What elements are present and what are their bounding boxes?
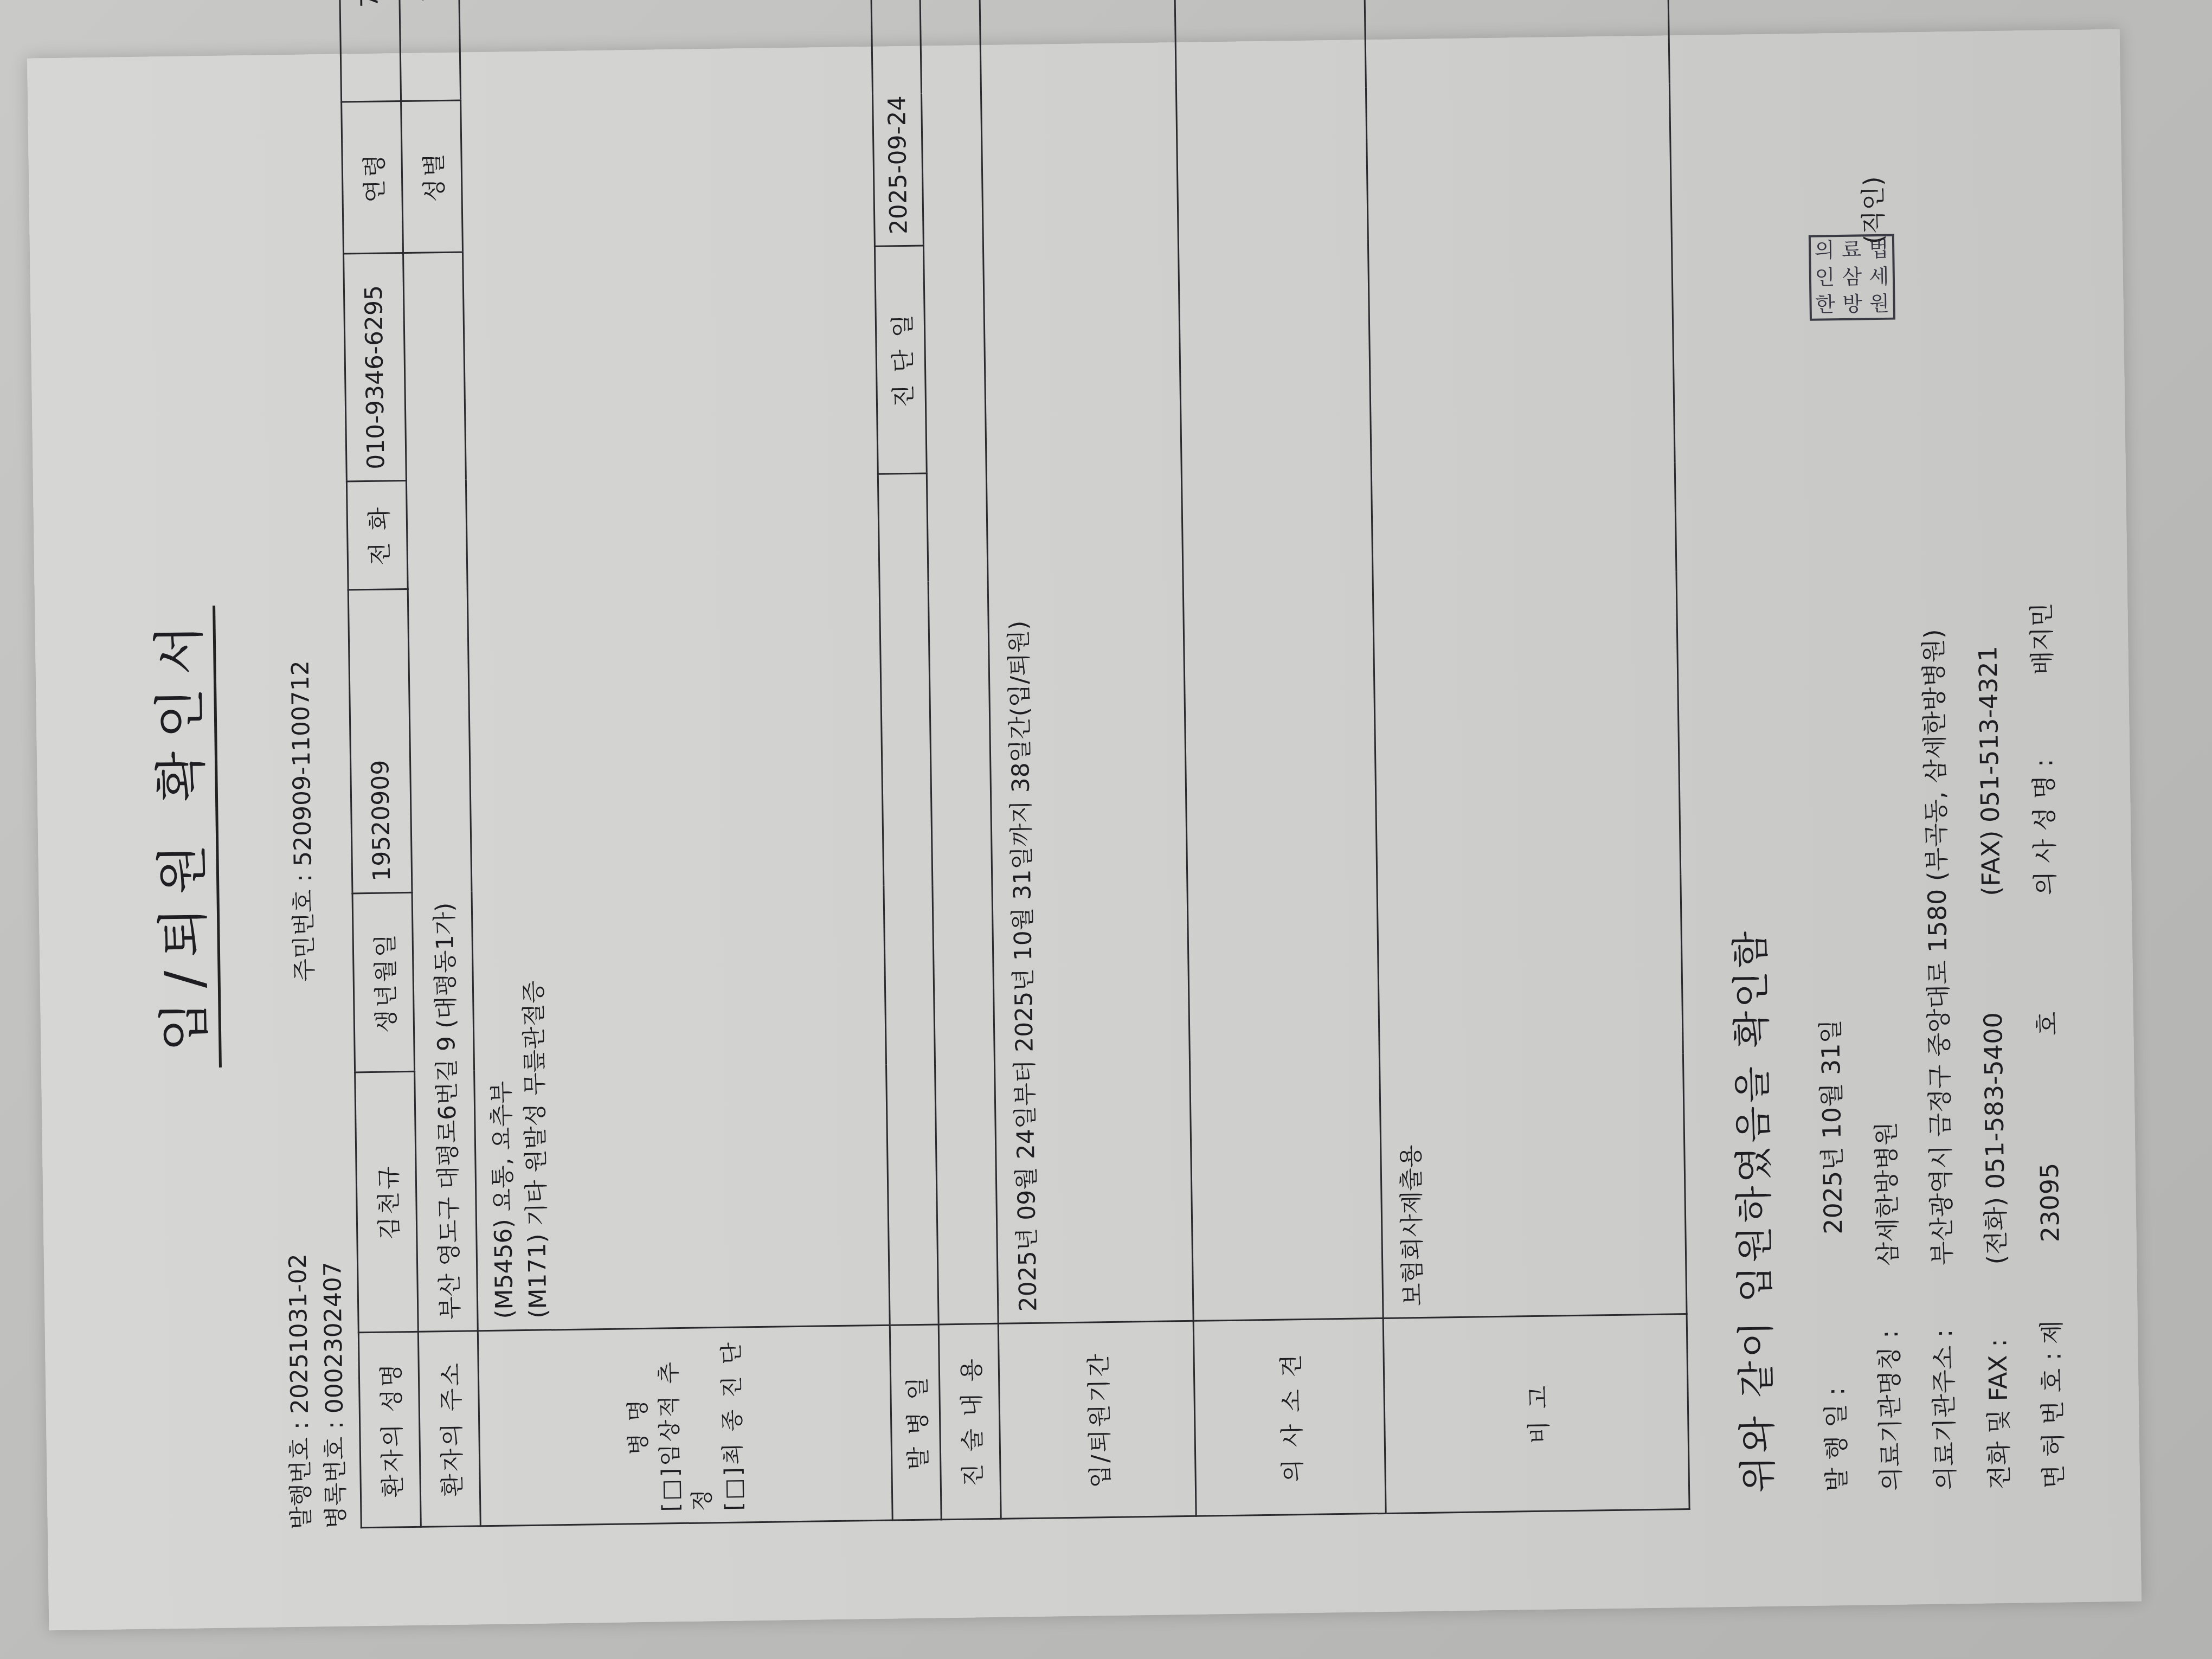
diagnosis-row: 병 명 [□]임상적 추정 [□]최 종 진 단 (M5456) 요통, 요추부… <box>458 0 892 1526</box>
period-label: 입/퇴원기간 <box>998 1321 1196 1519</box>
remarks-label: 비 고 <box>1383 1314 1689 1514</box>
certificate-table: 환자의 성명 김천규 생년월일 19520909 전 화 010-9346-62… <box>337 0 1690 1528</box>
checkbox-clinical-icon[interactable]: □ <box>654 1477 686 1501</box>
phone-label: 전 화 <box>346 480 408 590</box>
age-label: 연령 <box>342 101 403 254</box>
document-title: 입/퇴원 확인서 <box>131 143 225 1532</box>
fax-value: (FAX) 051-513-4321 <box>1973 646 2005 896</box>
remarks-row: 비 고 보험회사제출용 <box>1363 0 1689 1513</box>
confirmation-statement: 위와 같이 입원하였음을 확인함 <box>1709 121 1783 1493</box>
certificate-document: 입/퇴원 확인서 발행번호 : 20251031-02 병록번호 : 00023… <box>110 117 2081 1532</box>
phone-value: (전화) 051-583-5400 <box>1978 1012 2011 1265</box>
name-label: 환자의 성명 <box>358 1332 421 1528</box>
period-row: 입/퇴원기간 2025년 09월 24일부터 2025년 10월 31일까지 3… <box>978 0 1196 1519</box>
address-label: 환자의 주소 <box>418 1331 480 1527</box>
remarks-value: 보험회사제출용 <box>1363 0 1687 1318</box>
option-clinical[interactable]: [□]임상적 추정 <box>653 1339 718 1512</box>
sex-label: 성별 <box>401 100 463 253</box>
license-number: 23095 <box>2035 1162 2065 1242</box>
phone-value: 010-9346-6295 <box>344 253 407 481</box>
opinion-label: 의 사 소 견 <box>1193 1318 1386 1516</box>
issue-number: 발행번호 : 20251031-02 <box>281 1253 319 1529</box>
birth-value: 19520909 <box>348 589 412 893</box>
diag-date-label: 진 단 일 <box>874 246 927 474</box>
resident-number: 주민번호 : 520909-1100712 <box>284 660 323 982</box>
name-value: 김천규 <box>355 1071 419 1332</box>
sex-value: 남 <box>398 0 461 101</box>
official-seal-icon: 의 료 법 인 삼 세 한 방 원 <box>1809 234 1895 321</box>
diag-date-value: 2025-09-24 <box>870 0 924 246</box>
record-number: 병록번호 : 0002302407 <box>316 1262 354 1529</box>
age-value: 73 <box>338 0 401 102</box>
doctor-name: 배지민 <box>2027 602 2057 675</box>
certificate-paper: 입/퇴원 확인서 발행번호 : 20251031-02 병록번호 : 00023… <box>27 29 2142 1631</box>
period-value: 2025년 09월 24일부터 2025년 10월 31일까지 38일간(입/퇴… <box>978 0 1193 1323</box>
issuer-info: 발 행 일 : 2025년 10월 31일 의료기관명칭 : 삼세한방병원 (직… <box>1791 117 2081 1492</box>
statement-label: 진 술 내 용 <box>938 1323 1001 1520</box>
opinion-row: 의 사 소 견 <box>1173 0 1386 1516</box>
doctor-label: 의 사 성 명 : <box>2029 758 2060 895</box>
option-final[interactable]: [□]최 종 진 단 <box>716 1339 749 1511</box>
institution-address-value: 부산광역시 금정구 중앙대로 1580 (부곡동, 삼세한방병원) <box>1919 629 1957 1265</box>
diagnosis-items: (M5456) 요통, 요추부 (M171) 기타 원발성 무릎관절증 <box>458 0 890 1331</box>
birth-label: 생년월일 <box>352 892 415 1072</box>
opinion-value <box>1173 0 1383 1321</box>
diagnosis-label-cell: 병 명 [□]임상적 추정 [□]최 종 진 단 <box>478 1325 892 1526</box>
issue-date-value: 2025년 10월 31일 <box>1816 1019 1848 1234</box>
institution-value: 삼세한방병원 <box>1872 1121 1903 1266</box>
onset-label: 발 병 일 <box>890 1324 941 1520</box>
checkbox-final-icon[interactable]: □ <box>717 1476 749 1500</box>
diagnosis-label: 병 명 <box>621 1340 655 1513</box>
